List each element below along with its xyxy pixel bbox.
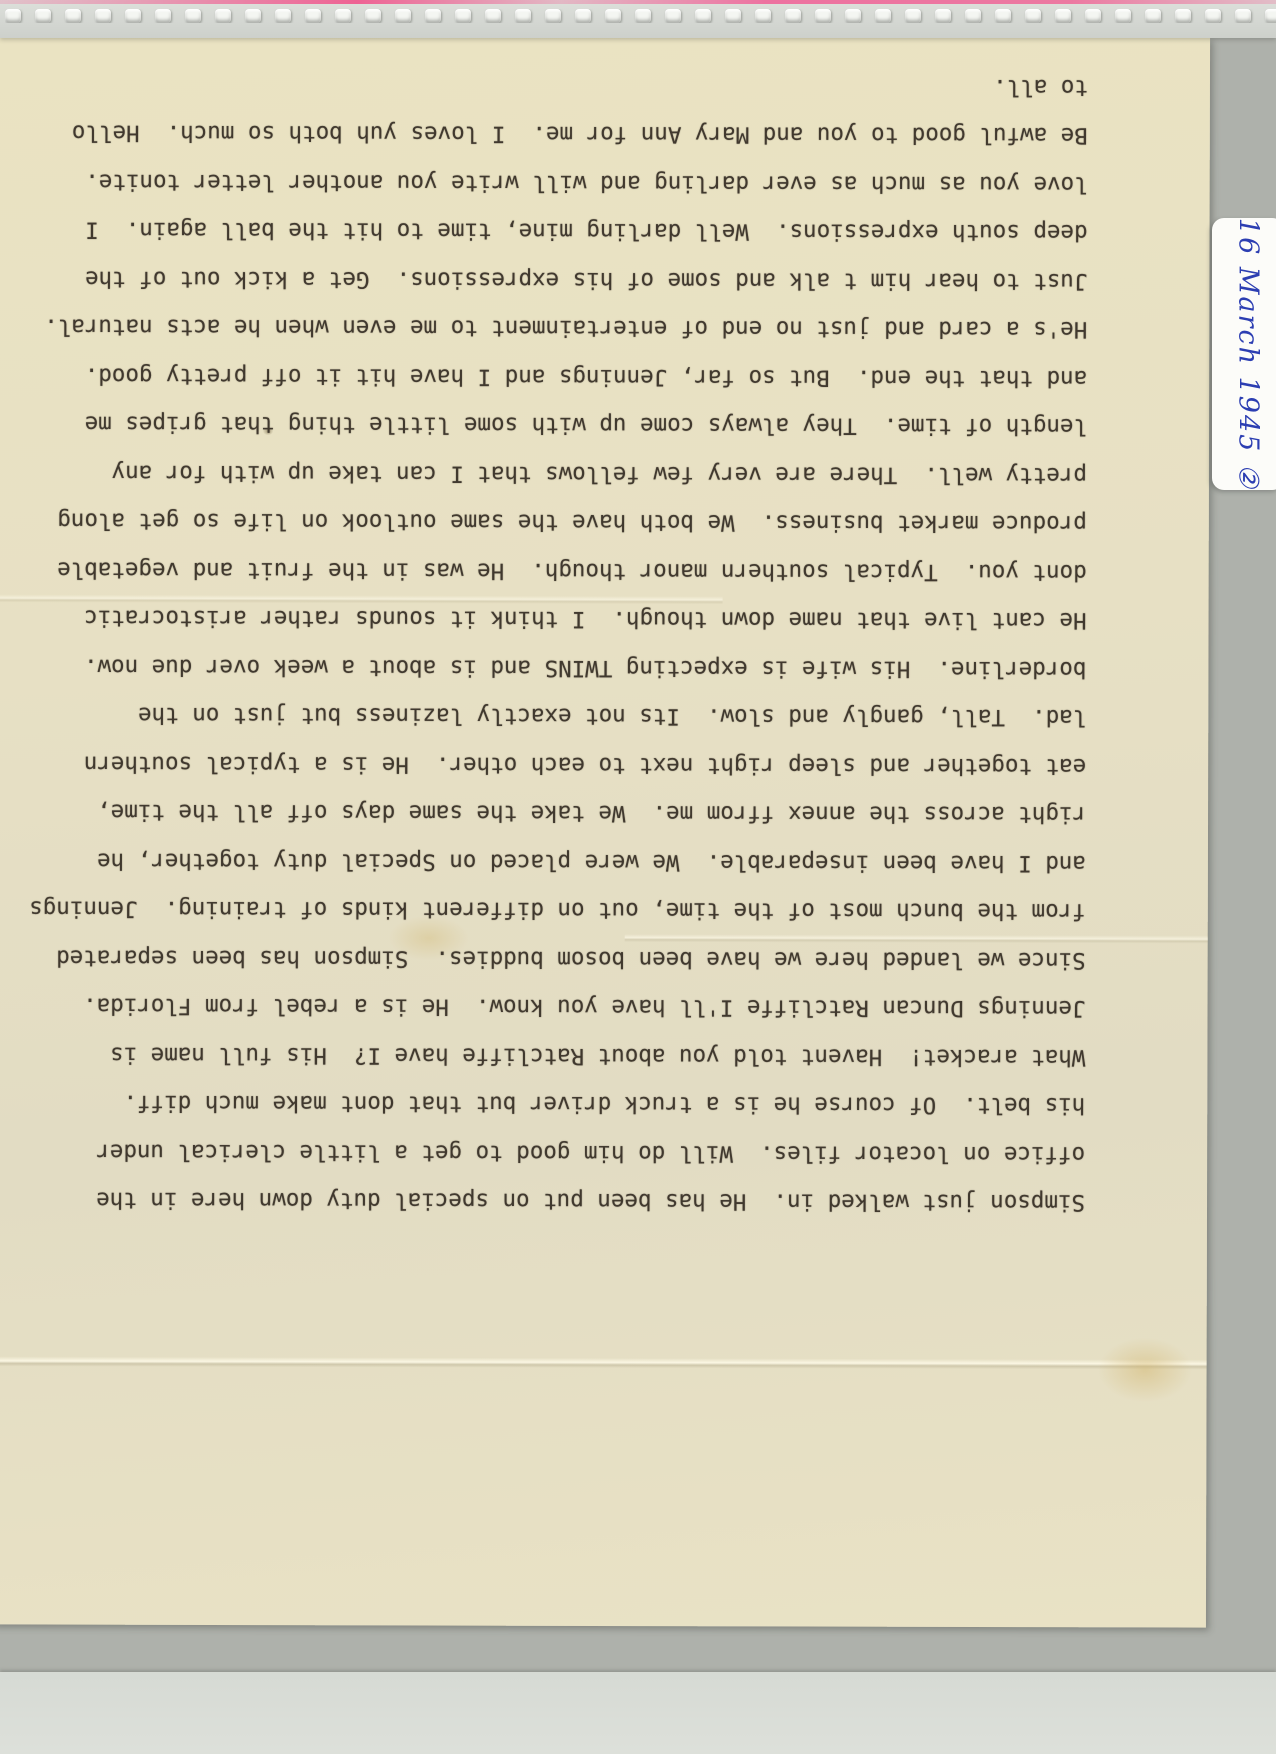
perforation-bump <box>245 9 261 23</box>
perforation-bump <box>1265 9 1276 23</box>
letter-line: Be awful good to you and Mary Ann for me… <box>48 109 1088 160</box>
perforation-bump <box>365 9 381 23</box>
perforation-bump <box>725 9 741 23</box>
letter-line: Jennings Duncan Ratcliffe I'll have you … <box>45 982 1085 1033</box>
perforation-bump <box>1115 9 1131 23</box>
letter-paragraph: Simpson just walked in. He has been put … <box>45 60 1088 1372</box>
letter-line: his belt. Of course he is a truck driver… <box>45 1079 1085 1130</box>
archival-date-label: 16 March 1945 ② <box>1212 218 1276 490</box>
perforation-bump <box>1175 9 1191 23</box>
perforation-bump <box>335 9 351 23</box>
perforation-bump <box>5 9 21 23</box>
perforation-bump <box>575 9 591 23</box>
letter-line: eat together and sleep right next to eac… <box>46 739 1086 790</box>
letter-line: length of time. They always come up with… <box>47 400 1087 451</box>
perforation-bump <box>545 9 561 23</box>
letter-line: Since we landed here we have been bosom … <box>46 933 1086 984</box>
letter-line: and I have been inseparable. We were pla… <box>46 836 1086 887</box>
perforation-bump <box>785 9 801 23</box>
letter-line: deep south expressions. Well darling min… <box>48 206 1088 257</box>
scanned-letter-page: Simpson just walked in. He has been put … <box>0 0 1276 1754</box>
letter-paper: Simpson just walked in. He has been put … <box>0 34 1210 1627</box>
perforation-bump <box>215 9 231 23</box>
binding-perforations-row <box>5 9 1276 23</box>
letter-line: from the bunch most of the time, out on … <box>46 885 1086 936</box>
perforation-bump <box>965 9 981 23</box>
letter-line: and that the end. But so far, Jennings a… <box>47 351 1087 402</box>
letter-line: pretty well. There are very few fellows … <box>47 448 1087 499</box>
perforation-bump <box>635 9 651 23</box>
perforation-bump <box>35 9 51 23</box>
letter-line: Just to hear him t alk and some of his e… <box>47 254 1087 305</box>
perforation-bump <box>455 9 471 23</box>
perforation-bump <box>995 9 1011 23</box>
perforation-bump <box>515 9 531 23</box>
scanner-bed-strip <box>0 1672 1276 1754</box>
perforation-bump <box>605 9 621 23</box>
perforation-bump <box>425 9 441 23</box>
perforation-bump <box>305 9 321 23</box>
perforation-bump <box>65 9 81 23</box>
scan-edge-artifact <box>0 0 1276 4</box>
letter-line: produce market business. We both have th… <box>47 497 1087 548</box>
letter-line: to all. <box>48 60 1088 111</box>
perforation-bump <box>875 9 891 23</box>
perforation-bump <box>695 9 711 23</box>
letter-content-upside-down: Simpson just walked in. He has been put … <box>0 34 1210 1627</box>
perforation-bump <box>1205 9 1221 23</box>
letter-line: office on locator files. Will do him goo… <box>45 1127 1085 1178</box>
letter-line: He cant live that name down though. I th… <box>46 594 1086 645</box>
perforation-bump <box>1145 9 1161 23</box>
letter-line: lad. Tall, gangly and slow. Its not exac… <box>46 691 1086 742</box>
perforation-bump <box>755 9 771 23</box>
perforation-bump <box>155 9 171 23</box>
letter-line: dont you. Typical southern manor though.… <box>47 545 1087 596</box>
perforation-bump <box>95 9 111 23</box>
perforation-bump <box>1085 9 1101 23</box>
letter-line: Simpson just walked in. He has been put … <box>45 1176 1085 1227</box>
perforation-bump <box>275 9 291 23</box>
letter-body: Simpson just walked in. He has been put … <box>44 0 1089 1469</box>
letter-line: borderline. His wife is expecting TWINS … <box>46 642 1086 693</box>
letter-line: love you as much as ever darling and wil… <box>48 157 1088 208</box>
perforation-bump <box>1025 9 1041 23</box>
letter-line: What aracket! Havent told you about Ratc… <box>45 1030 1085 1081</box>
perforation-bump <box>665 9 681 23</box>
archival-date-text: 16 March 1945 ② <box>1233 218 1264 490</box>
perforation-bump <box>1235 9 1251 23</box>
perforation-bump <box>125 9 141 23</box>
perforation-bump <box>1055 9 1071 23</box>
perforation-bump <box>185 9 201 23</box>
perforation-bump <box>845 9 861 23</box>
letter-line: right across the annex ffrom me. We take… <box>46 788 1086 839</box>
perforation-bump <box>815 9 831 23</box>
perforation-bump <box>395 9 411 23</box>
binding-strip <box>0 0 1276 38</box>
letter-line: He's a card and just no end of entertain… <box>47 303 1087 354</box>
perforation-bump <box>485 9 501 23</box>
perforation-bump <box>935 9 951 23</box>
perforation-bump <box>905 9 921 23</box>
